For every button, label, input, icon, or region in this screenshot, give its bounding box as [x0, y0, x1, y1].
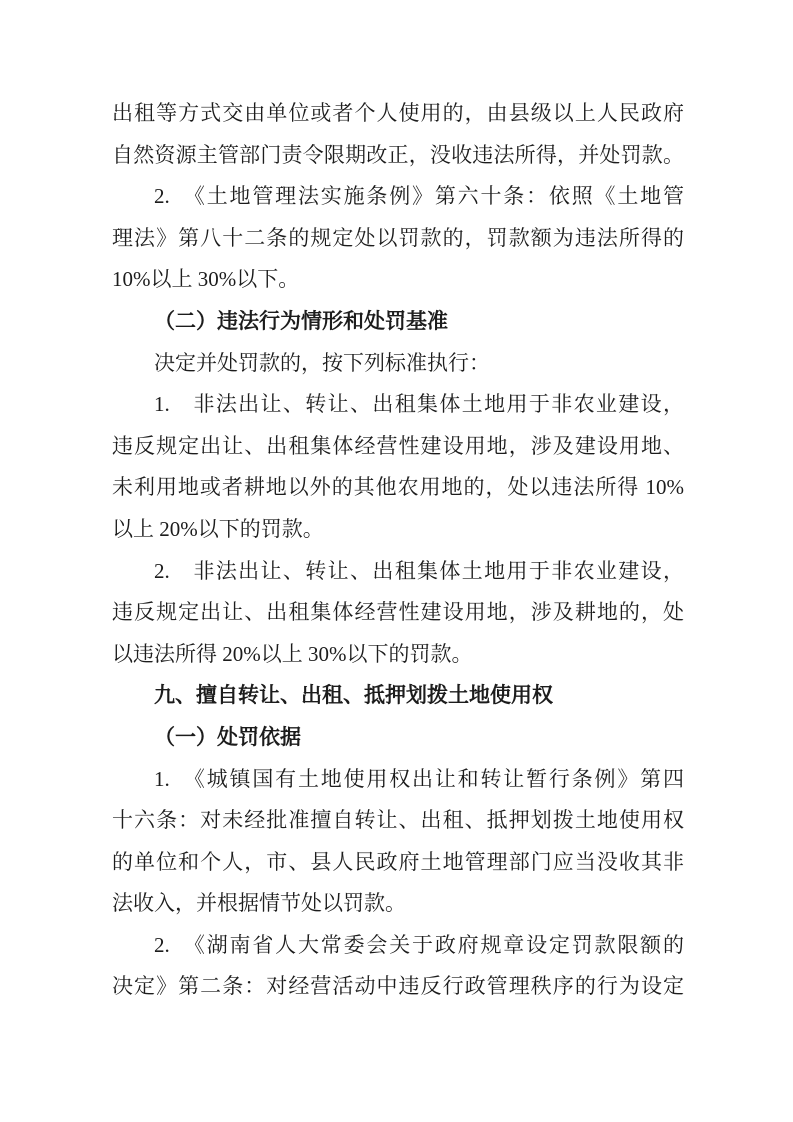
text-line: 违反规定出让、出租集体经营性建设用地，涉及建设用地、	[112, 426, 684, 468]
text-line: （一）处罚依据	[112, 717, 684, 759]
para-standard-1: 1. 非法出让、转让、出租集体土地用于非农业建设，违反规定出让、出租集体经营性建…	[112, 384, 684, 550]
para-basis-1-urban-land-regulation: 1. 《城镇国有土地使用权出让和转让暂行条例》第四十六条：对未经批准擅自转让、出…	[112, 759, 684, 925]
text-line: 十六条：对未经批准擅自转让、出租、抵押划拨土地使用权	[112, 800, 684, 842]
text-line: 2. 《湖南省人大常委会关于政府规章设定罚款限额的	[112, 925, 684, 967]
para-continuation-lease-penalty: 出租等方式交由单位或者个人使用的，由县级以上人民政府自然资源主管部门责令限期改正…	[112, 93, 684, 176]
text-line: 理法》第八十二条的规定处以罚款的，罚款额为违法所得的	[112, 218, 684, 260]
document-page: 出租等方式交由单位或者个人使用的，由县级以上人民政府自然资源主管部门责令限期改正…	[0, 0, 793, 1122]
text-line: 1. 非法出让、转让、出租集体土地用于非农业建设，	[112, 384, 684, 426]
text-block: 出租等方式交由单位或者个人使用的，由县级以上人民政府自然资源主管部门责令限期改正…	[112, 93, 684, 1008]
para-basis-2-hunan-decision: 2. 《湖南省人大常委会关于政府规章设定罚款限额的决定》第二条：对经营活动中违反…	[112, 925, 684, 1008]
heading-section-nine: 九、擅自转让、出租、抵押划拨土地使用权	[112, 675, 684, 717]
text-line: 自然资源主管部门责令限期改正，没收违法所得，并处罚款。	[112, 135, 684, 177]
text-line: 法收入，并根据情节处以罚款。	[112, 883, 684, 925]
text-line: 未利用地或者耕地以外的其他农用地的，处以违法所得 10%	[112, 467, 684, 509]
para-standard-2: 2. 非法出让、转让、出租集体土地用于非农业建设，违反规定出让、出租集体经营性建…	[112, 551, 684, 676]
para-item2-land-law-regulation: 2. 《土地管理法实施条例》第六十条：依照《土地管理法》第八十二条的规定处以罚款…	[112, 176, 684, 301]
text-line: 决定并处罚款的，按下列标准执行：	[112, 343, 684, 385]
heading-penalty-basis: （一）处罚依据	[112, 717, 684, 759]
text-line: 2. 《土地管理法实施条例》第六十条：依照《土地管	[112, 176, 684, 218]
text-line: 违反规定出让、出租集体经营性建设用地，涉及耕地的，处	[112, 592, 684, 634]
text-line: 以违法所得 20%以上 30%以下的罚款。	[112, 634, 684, 676]
para-standards-intro: 决定并处罚款的，按下列标准执行：	[112, 343, 684, 385]
text-line: 出租等方式交由单位或者个人使用的，由县级以上人民政府	[112, 93, 684, 135]
text-line: 10%以上 30%以下。	[112, 259, 684, 301]
text-line: 1. 《城镇国有土地使用权出让和转让暂行条例》第四	[112, 759, 684, 801]
text-line: 九、擅自转让、出租、抵押划拨土地使用权	[112, 675, 684, 717]
text-line: （二）违法行为情形和处罚基准	[112, 301, 684, 343]
text-line: 的单位和个人，市、县人民政府土地管理部门应当没收其非	[112, 842, 684, 884]
heading-violation-circumstances: （二）违法行为情形和处罚基准	[112, 301, 684, 343]
text-line: 决定》第二条：对经营活动中违反行政管理秩序的行为设定	[112, 966, 684, 1008]
text-line: 2. 非法出让、转让、出租集体土地用于非农业建设，	[112, 551, 684, 593]
text-line: 以上 20%以下的罚款。	[112, 509, 684, 551]
